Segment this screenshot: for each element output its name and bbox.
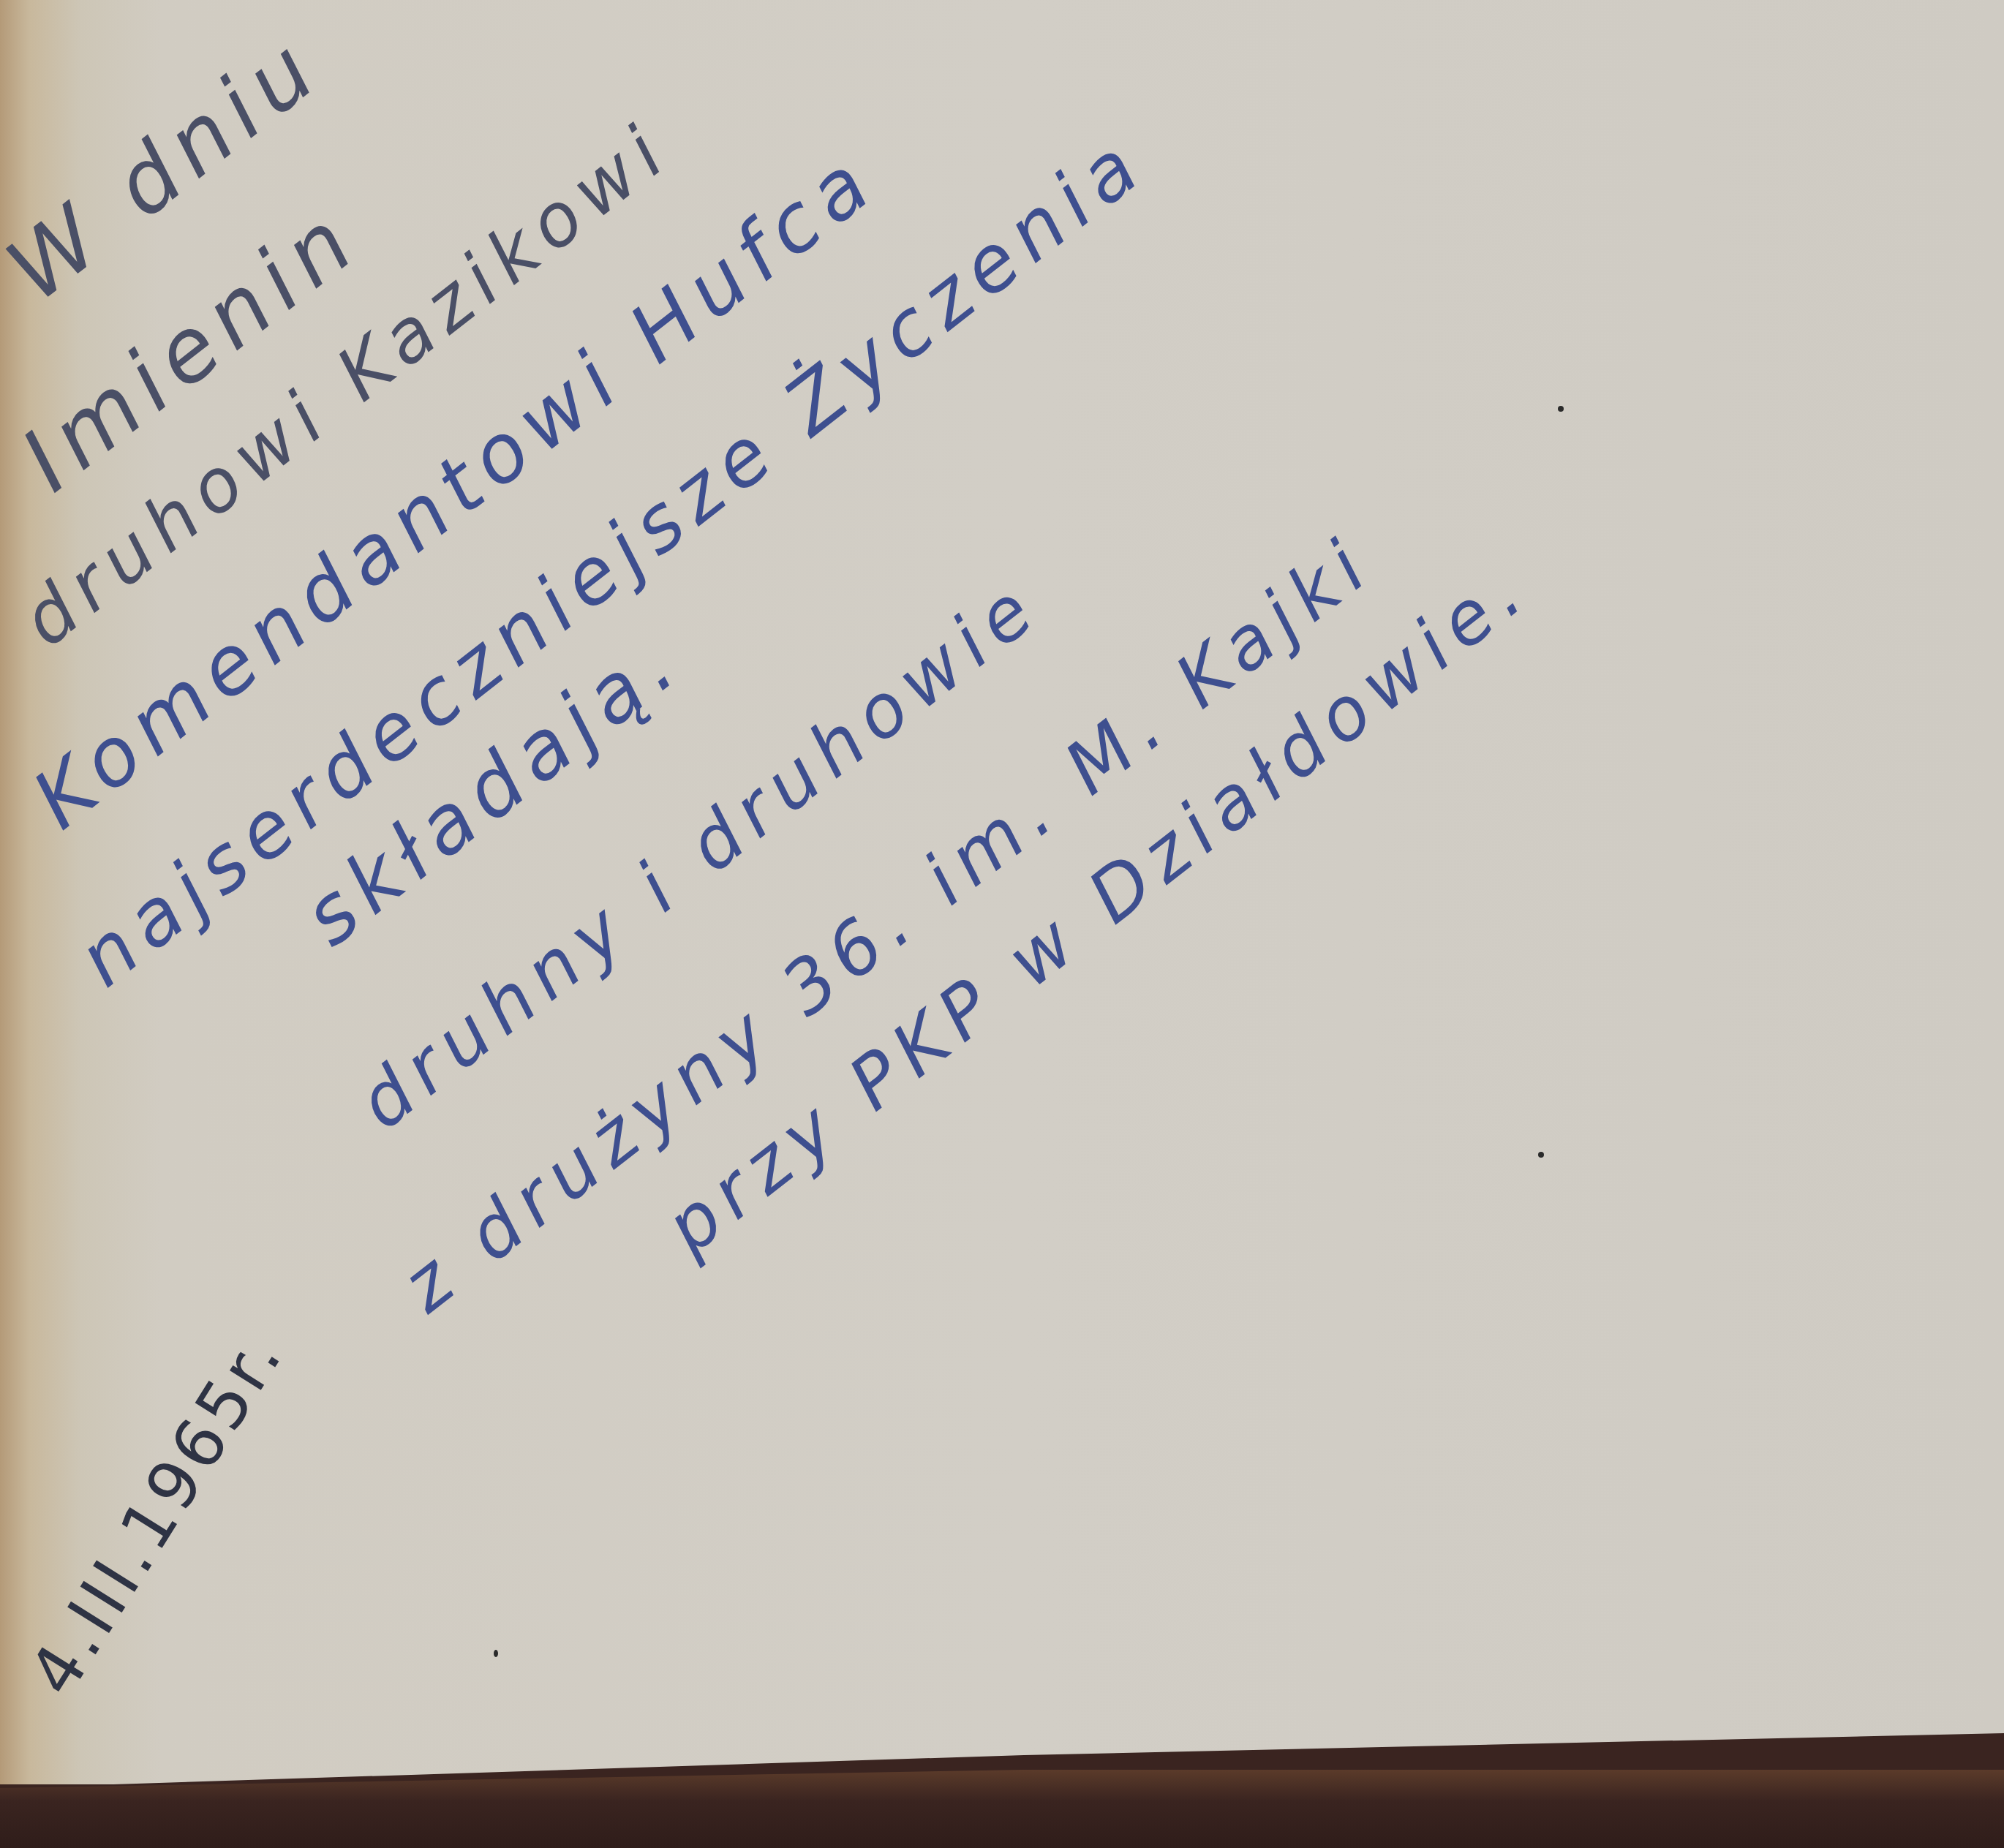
ink-speck [1558,406,1564,412]
wooden-surface [0,1770,2004,1848]
ink-speck [494,1650,498,1657]
ink-speck [1538,1152,1544,1158]
